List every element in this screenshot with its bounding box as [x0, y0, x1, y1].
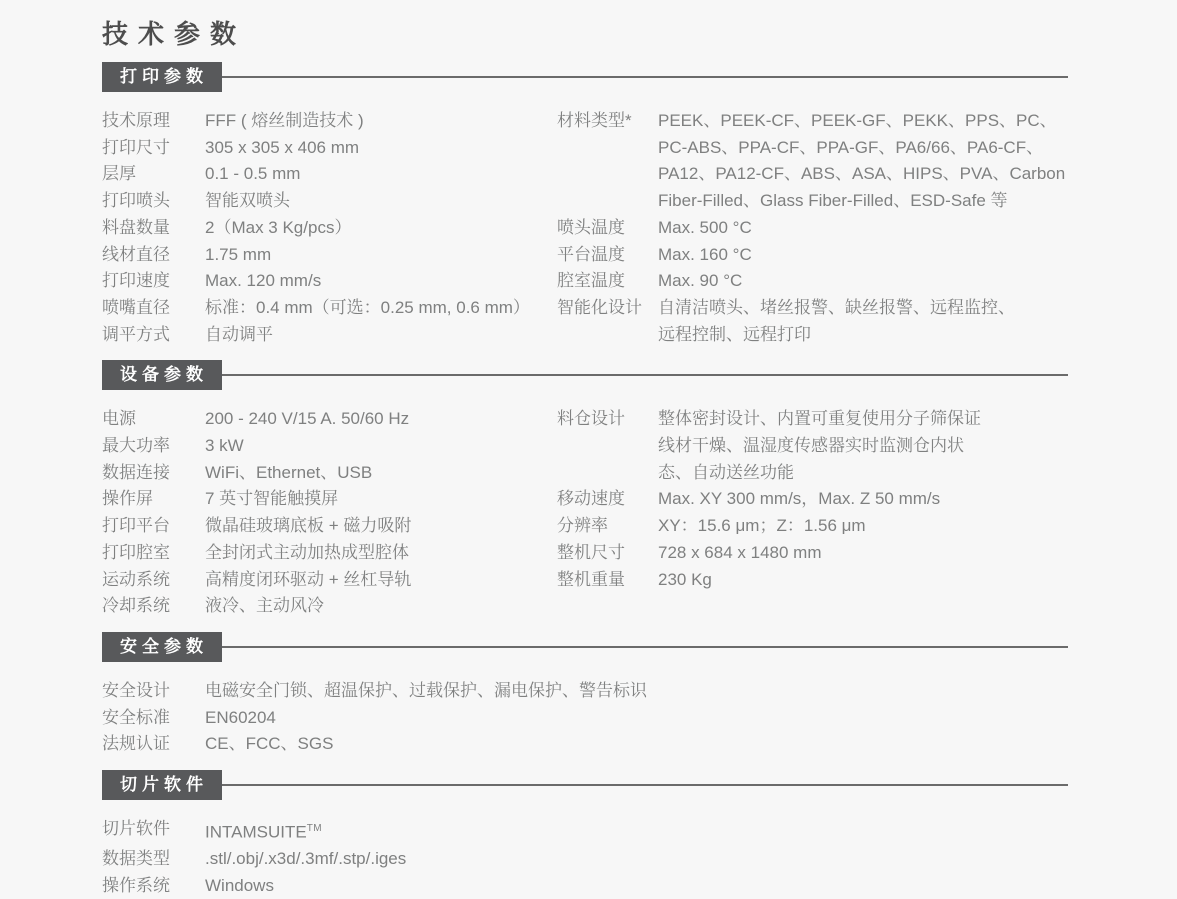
- spec-value: 2（Max 3 Kg/pcs）: [205, 215, 351, 242]
- spec-label: 打印速度: [102, 268, 205, 295]
- spec-value: FFF ( 熔丝制造技术 ): [205, 108, 364, 135]
- spec-row: 打印尺寸305 x 305 x 406 mm: [102, 135, 557, 162]
- spec-label: 最大功率: [102, 433, 205, 460]
- spec-column-full: 切片软件 INTAMSUITETM 数据类型.stl/.obj/.x3d/.3m…: [102, 816, 1068, 899]
- spec-label: 整机尺寸: [557, 540, 658, 567]
- spec-label: 打印腔室: [102, 540, 205, 567]
- spec-label: 打印平台: [102, 513, 205, 540]
- spec-label: 切片软件: [102, 816, 205, 843]
- spec-row: 打印平台微晶硅玻璃底板 + 磁力吸附: [102, 513, 557, 540]
- spec-value: 305 x 305 x 406 mm: [205, 135, 359, 162]
- spec-row: 安全设计电磁安全门锁、超温保护、过载保护、漏电保护、警告标识: [102, 678, 1068, 705]
- spec-row: 移动速度Max. XY 300 mm/s，Max. Z 50 mm/s: [557, 486, 1068, 513]
- spec-value: 3 kW: [205, 433, 244, 460]
- section-header: 设备参数: [102, 360, 1068, 390]
- spec-value: 自清洁喷头、堵丝报警、缺丝报警、远程监控、 远程控制、远程打印: [658, 295, 1015, 348]
- spec-row: 打印喷头智能双喷头: [102, 188, 557, 215]
- spec-value: Max. 500 °C: [658, 215, 752, 242]
- spec-label: 安全标准: [102, 705, 205, 732]
- spec-sheet-content: 技术参数 打印参数 技术原理FFF ( 熔丝制造技术 ) 打印尺寸305 x 3…: [102, 16, 1068, 899]
- spec-value: Max. 120 mm/s: [205, 268, 321, 295]
- spec-column-full: 安全设计电磁安全门锁、超温保护、过载保护、漏电保护、警告标识 安全标准EN602…: [102, 678, 1068, 758]
- spec-row: 冷却系统液冷、主动风冷: [102, 593, 557, 620]
- spec-label: 料仓设计: [557, 406, 658, 433]
- spec-label: 法规认证: [102, 731, 205, 758]
- spec-value: 高精度闭环驱动 + 丝杠导轨: [205, 567, 411, 594]
- spec-label: 线材直径: [102, 242, 205, 269]
- spec-label: 分辨率: [557, 513, 658, 540]
- spec-value: Windows: [205, 873, 274, 899]
- spec-row: 打印速度Max. 120 mm/s: [102, 268, 557, 295]
- spec-value: 液冷、主动风冷: [205, 593, 324, 620]
- spec-label: 技术原理: [102, 108, 205, 135]
- spec-row: 最大功率3 kW: [102, 433, 557, 460]
- section-rule-line: [222, 784, 1068, 786]
- spec-row: 切片软件 INTAMSUITETM: [102, 816, 1068, 846]
- spec-row: 操作屏7 英寸智能触摸屏: [102, 486, 557, 513]
- spec-label: 打印喷头: [102, 188, 205, 215]
- spec-value: 电磁安全门锁、超温保护、过载保护、漏电保护、警告标识: [205, 678, 647, 705]
- section-slicing-software: 切片软件 切片软件 INTAMSUITETM 数据类型.stl/.obj/.x3…: [102, 770, 1068, 899]
- page-title: 技术参数: [102, 16, 1068, 52]
- spec-row: 线材直径1.75 mm: [102, 242, 557, 269]
- spec-label: 调平方式: [102, 322, 205, 349]
- spec-row: 电源200 - 240 V/15 A. 50/60 Hz: [102, 406, 557, 433]
- spec-row: 数据类型.stl/.obj/.x3d/.3mf/.stp/.iges: [102, 846, 1068, 873]
- spec-label: 数据类型: [102, 846, 205, 873]
- spec-column-right: 料仓设计整体密封设计、内置可重复使用分子筛保证 线材干燥、温湿度传感器实时监测仓…: [557, 406, 1068, 593]
- section-rule-line: [222, 374, 1068, 376]
- section-print-parameters: 打印参数 技术原理FFF ( 熔丝制造技术 ) 打印尺寸305 x 305 x …: [102, 62, 1068, 348]
- spec-row: 操作系统Windows: [102, 873, 1068, 899]
- section-body: 安全设计电磁安全门锁、超温保护、过载保护、漏电保护、警告标识 安全标准EN602…: [102, 678, 1068, 758]
- spec-value: 微晶硅玻璃底板 + 磁力吸附: [205, 513, 411, 540]
- spec-row: 安全标准EN60204: [102, 705, 1068, 732]
- spec-value: 728 x 684 x 1480 mm: [658, 540, 821, 567]
- spec-value: Max. XY 300 mm/s，Max. Z 50 mm/s: [658, 486, 940, 513]
- spec-value: 智能双喷头: [205, 188, 290, 215]
- spec-column-left: 电源200 - 240 V/15 A. 50/60 Hz 最大功率3 kW 数据…: [102, 406, 557, 620]
- spec-label: 平台温度: [557, 242, 658, 269]
- spec-column-right: 材料类型*PEEK、PEEK-CF、PEEK-GF、PEKK、PPS、PC、 P…: [557, 108, 1068, 348]
- spec-row: 材料类型*PEEK、PEEK-CF、PEEK-GF、PEKK、PPS、PC、 P…: [557, 108, 1068, 215]
- section-rule-line: [222, 76, 1068, 78]
- section-device-parameters: 设备参数 电源200 - 240 V/15 A. 50/60 Hz 最大功率3 …: [102, 360, 1068, 620]
- spec-row: 数据连接WiFi、Ethernet、USB: [102, 460, 557, 487]
- spec-label: 腔室温度: [557, 268, 658, 295]
- spec-row: 喷头温度Max. 500 °C: [557, 215, 1068, 242]
- spec-value: 整体密封设计、内置可重复使用分子筛保证 线材干燥、温湿度传感器实时监测仓内状 态…: [658, 406, 981, 486]
- spec-label: 喷嘴直径: [102, 295, 205, 322]
- spec-label: 冷却系统: [102, 593, 205, 620]
- spec-row: 调平方式自动调平: [102, 322, 557, 349]
- spec-row: 整机尺寸728 x 684 x 1480 mm: [557, 540, 1068, 567]
- spec-value: EN60204: [205, 705, 276, 732]
- spec-label: 料盘数量: [102, 215, 205, 242]
- spec-label: 层厚: [102, 161, 205, 188]
- spec-value: XY：15.6 μm；Z：1.56 μm: [658, 513, 866, 540]
- spec-value: 标准：0.4 mm（可选：0.25 mm, 0.6 mm）: [205, 295, 530, 322]
- section-title-badge: 安全参数: [102, 632, 222, 662]
- spec-row: 法规认证CE、FCC、SGS: [102, 731, 1068, 758]
- section-body: 电源200 - 240 V/15 A. 50/60 Hz 最大功率3 kW 数据…: [102, 406, 1068, 620]
- spec-label: 数据连接: [102, 460, 205, 487]
- spec-value: Max. 160 °C: [658, 242, 752, 269]
- spec-row: 层厚0.1 - 0.5 mm: [102, 161, 557, 188]
- spec-label: 操作系统: [102, 873, 205, 899]
- spec-row: 技术原理FFF ( 熔丝制造技术 ): [102, 108, 557, 135]
- spec-row: 喷嘴直径标准：0.4 mm（可选：0.25 mm, 0.6 mm）: [102, 295, 557, 322]
- section-safety-parameters: 安全参数 安全设计电磁安全门锁、超温保护、过载保护、漏电保护、警告标识 安全标准…: [102, 632, 1068, 758]
- spec-value: 全封闭式主动加热成型腔体: [205, 540, 409, 567]
- trademark-superscript: TM: [307, 823, 322, 834]
- spec-label: 喷头温度: [557, 215, 658, 242]
- spec-value: 200 - 240 V/15 A. 50/60 Hz: [205, 406, 409, 433]
- spec-row: 智能化设计自清洁喷头、堵丝报警、缺丝报警、远程监控、 远程控制、远程打印: [557, 295, 1068, 348]
- spec-row: 料仓设计整体密封设计、内置可重复使用分子筛保证 线材干燥、温湿度传感器实时监测仓…: [557, 406, 1068, 486]
- spec-label: 移动速度: [557, 486, 658, 513]
- spec-value: 230 Kg: [658, 567, 712, 594]
- spec-row: 料盘数量2（Max 3 Kg/pcs）: [102, 215, 557, 242]
- section-title-badge: 设备参数: [102, 360, 222, 390]
- spec-column-left: 技术原理FFF ( 熔丝制造技术 ) 打印尺寸305 x 305 x 406 m…: [102, 108, 557, 348]
- spec-label: 整机重量: [557, 567, 658, 594]
- spec-row: 整机重量230 Kg: [557, 567, 1068, 594]
- spec-label: 材料类型*: [557, 108, 658, 135]
- spec-value: WiFi、Ethernet、USB: [205, 460, 372, 487]
- spec-sheet-page: 技术参数 打印参数 技术原理FFF ( 熔丝制造技术 ) 打印尺寸305 x 3…: [0, 0, 1177, 899]
- spec-label: 智能化设计: [557, 295, 658, 322]
- spec-label: 运动系统: [102, 567, 205, 594]
- spec-value: PEEK、PEEK-CF、PEEK-GF、PEKK、PPS、PC、 PC-ABS…: [658, 108, 1065, 215]
- software-name: INTAMSUITE: [205, 823, 307, 842]
- section-title-badge: 切片软件: [102, 770, 222, 800]
- section-header: 打印参数: [102, 62, 1068, 92]
- spec-row: 运动系统高精度闭环驱动 + 丝杠导轨: [102, 567, 557, 594]
- spec-value: 0.1 - 0.5 mm: [205, 161, 300, 188]
- spec-value: INTAMSUITETM: [205, 816, 322, 846]
- spec-value: Max. 90 °C: [658, 268, 742, 295]
- spec-value: CE、FCC、SGS: [205, 731, 333, 758]
- spec-row: 打印腔室全封闭式主动加热成型腔体: [102, 540, 557, 567]
- section-body: 切片软件 INTAMSUITETM 数据类型.stl/.obj/.x3d/.3m…: [102, 816, 1068, 899]
- spec-value: .stl/.obj/.x3d/.3mf/.stp/.iges: [205, 846, 406, 873]
- spec-label: 打印尺寸: [102, 135, 205, 162]
- spec-label: 电源: [102, 406, 205, 433]
- spec-row: 平台温度Max. 160 °C: [557, 242, 1068, 269]
- section-header: 切片软件: [102, 770, 1068, 800]
- spec-label: 操作屏: [102, 486, 205, 513]
- spec-value: 1.75 mm: [205, 242, 271, 269]
- spec-row: 腔室温度Max. 90 °C: [557, 268, 1068, 295]
- section-rule-line: [222, 646, 1068, 648]
- spec-row: 分辨率XY：15.6 μm；Z：1.56 μm: [557, 513, 1068, 540]
- section-body: 技术原理FFF ( 熔丝制造技术 ) 打印尺寸305 x 305 x 406 m…: [102, 108, 1068, 348]
- spec-label: 安全设计: [102, 678, 205, 705]
- spec-value: 自动调平: [205, 322, 273, 349]
- section-header: 安全参数: [102, 632, 1068, 662]
- spec-value: 7 英寸智能触摸屏: [205, 486, 338, 513]
- section-title-badge: 打印参数: [102, 62, 222, 92]
